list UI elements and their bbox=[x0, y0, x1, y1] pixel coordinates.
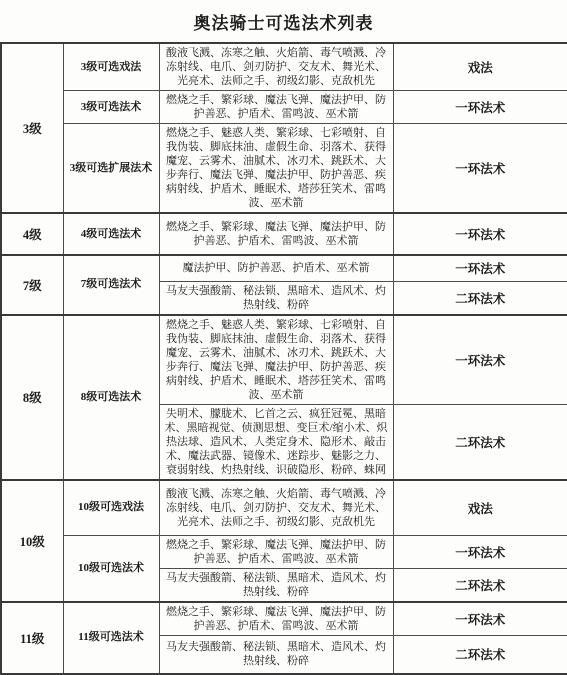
level-cell: 11级 bbox=[1, 602, 63, 674]
category-cell: 11级可选法术 bbox=[63, 602, 159, 674]
table-row: 3级可选扩展法术 燃烧之手、魅惑人类、繁彩球、七彩喷射、自我伪装、脚底抹油、虚假… bbox=[1, 124, 567, 214]
spells-cell: 失明术、朦胧术、匕首之云、疯狂冠冕、黑暗术、黑暗视觉、侦测思想、变巨术/缩小术、… bbox=[159, 404, 393, 480]
spell-type-cell: 一环法术 bbox=[393, 91, 567, 124]
spells-cell: 燃烧之手、繁彩球、魔法飞弹、魔法护甲、防护善恶、护盾术、雷鸣波、巫术箭 bbox=[159, 602, 393, 636]
level-cell: 10级 bbox=[1, 480, 63, 603]
spell-type-cell: 一环法术 bbox=[393, 315, 567, 405]
spells-cell: 燃烧之手、魅惑人类、繁彩球、七彩喷射、自我伪装、脚底抹油、虚假生命、羽落术、获得… bbox=[159, 124, 393, 214]
spells-cell: 魔法护甲、防护善恶、护盾术、巫术箭 bbox=[159, 255, 393, 281]
level-cell: 7级 bbox=[1, 255, 63, 315]
level-cell: 8级 bbox=[1, 315, 63, 480]
table-row: 4级 4级可选法术 燃烧之手、繁彩球、魔法飞弹、魔法护甲、防护善恶、护盾术、雷鸣… bbox=[1, 213, 567, 255]
spells-cell: 酸液飞溅、冻寒之触、火焰箭、毒气喷溅、冷冻射线、电爪、剑刃防护、交友术、舞光术、… bbox=[159, 480, 393, 536]
spells-cell: 燃烧之手、繁彩球、魔法飞弹、魔法护甲、防护善恶、护盾术、雷鸣波、巫术箭 bbox=[159, 91, 393, 124]
spell-type-cell: 二环法术 bbox=[393, 281, 567, 315]
spell-type-cell: 二环法术 bbox=[393, 636, 567, 674]
table-row: 10级 10级可选戏法 酸液飞溅、冻寒之触、火焰箭、毒气喷溅、冷冻射线、电爪、剑… bbox=[1, 480, 567, 536]
table-row: 3级可选法术 燃烧之手、繁彩球、魔法飞弹、魔法护甲、防护善恶、护盾术、雷鸣波、巫… bbox=[1, 91, 567, 124]
spell-type-cell: 一环法术 bbox=[393, 255, 567, 281]
spells-cell: 马友夫强酸箭、秘法锁、黑暗术、造风术、灼热射线、粉碎 bbox=[159, 569, 393, 603]
spell-type-cell: 戏法 bbox=[393, 480, 567, 536]
category-cell: 10级可选戏法 bbox=[63, 480, 159, 536]
category-cell: 3级可选戏法 bbox=[63, 43, 159, 91]
table-row: 11级 11级可选法术 燃烧之手、繁彩球、魔法飞弹、魔法护甲、防护善恶、护盾术、… bbox=[1, 602, 567, 636]
document-page: 奥法骑士可选法术列表 3级 3级可选戏法 酸液飞溅、冻寒之触、火焰箭、毒气喷溅、… bbox=[0, 0, 567, 675]
table-row: 7级 7级可选法术 魔法护甲、防护善恶、护盾术、巫术箭 一环法术 bbox=[1, 255, 567, 281]
table-row: 10级可选法术 燃烧之手、繁彩球、魔法飞弹、魔法护甲、防护善恶、护盾术、雷鸣波、… bbox=[1, 536, 567, 569]
spell-type-cell: 二环法术 bbox=[393, 569, 567, 603]
spells-cell: 马友夫强酸箭、秘法锁、黑暗术、造风术、灼热射线、粉碎 bbox=[159, 636, 393, 674]
spell-list-table: 3级 3级可选戏法 酸液飞溅、冻寒之触、火焰箭、毒气喷溅、冷冻射线、电爪、剑刃防… bbox=[0, 42, 567, 675]
spell-type-cell: 一环法术 bbox=[393, 602, 567, 636]
category-cell: 8级可选法术 bbox=[63, 315, 159, 480]
spell-type-cell: 一环法术 bbox=[393, 124, 567, 214]
level-cell: 3级 bbox=[1, 43, 63, 213]
category-cell: 10级可选法术 bbox=[63, 536, 159, 603]
spell-type-cell: 戏法 bbox=[393, 43, 567, 91]
spell-type-cell: 一环法术 bbox=[393, 213, 567, 255]
category-cell: 3级可选法术 bbox=[63, 91, 159, 124]
category-cell: 4级可选法术 bbox=[63, 213, 159, 255]
table-row: 3级 3级可选戏法 酸液飞溅、冻寒之触、火焰箭、毒气喷溅、冷冻射线、电爪、剑刃防… bbox=[1, 43, 567, 91]
category-cell: 3级可选扩展法术 bbox=[63, 124, 159, 214]
spells-cell: 酸液飞溅、冻寒之触、火焰箭、毒气喷溅、冷冻射线、电爪、剑刃防护、交友术、舞光术、… bbox=[159, 43, 393, 91]
spells-cell: 燃烧之手、繁彩球、魔法飞弹、魔法护甲、防护善恶、护盾术、雷鸣波、巫术箭 bbox=[159, 536, 393, 569]
table-row: 8级 8级可选法术 燃烧之手、魅惑人类、繁彩球、七彩喷射、自我伪装、脚底抹油、虚… bbox=[1, 315, 567, 405]
category-cell: 7级可选法术 bbox=[63, 255, 159, 315]
spells-cell: 燃烧之手、繁彩球、魔法飞弹、魔法护甲、防护善恶、护盾术、雷鸣波、巫术箭 bbox=[159, 213, 393, 255]
spells-cell: 燃烧之手、魅惑人类、繁彩球、七彩喷射、自我伪装、脚底抹油、虚假生命、羽落术、获得… bbox=[159, 315, 393, 405]
spells-cell: 马友夫强酸箭、秘法锁、黑暗术、造风术、灼热射线、粉碎 bbox=[159, 281, 393, 315]
page-title: 奥法骑士可选法术列表 bbox=[0, 0, 567, 42]
spell-type-cell: 一环法术 bbox=[393, 536, 567, 569]
level-cell: 4级 bbox=[1, 213, 63, 255]
spell-type-cell: 二环法术 bbox=[393, 404, 567, 480]
